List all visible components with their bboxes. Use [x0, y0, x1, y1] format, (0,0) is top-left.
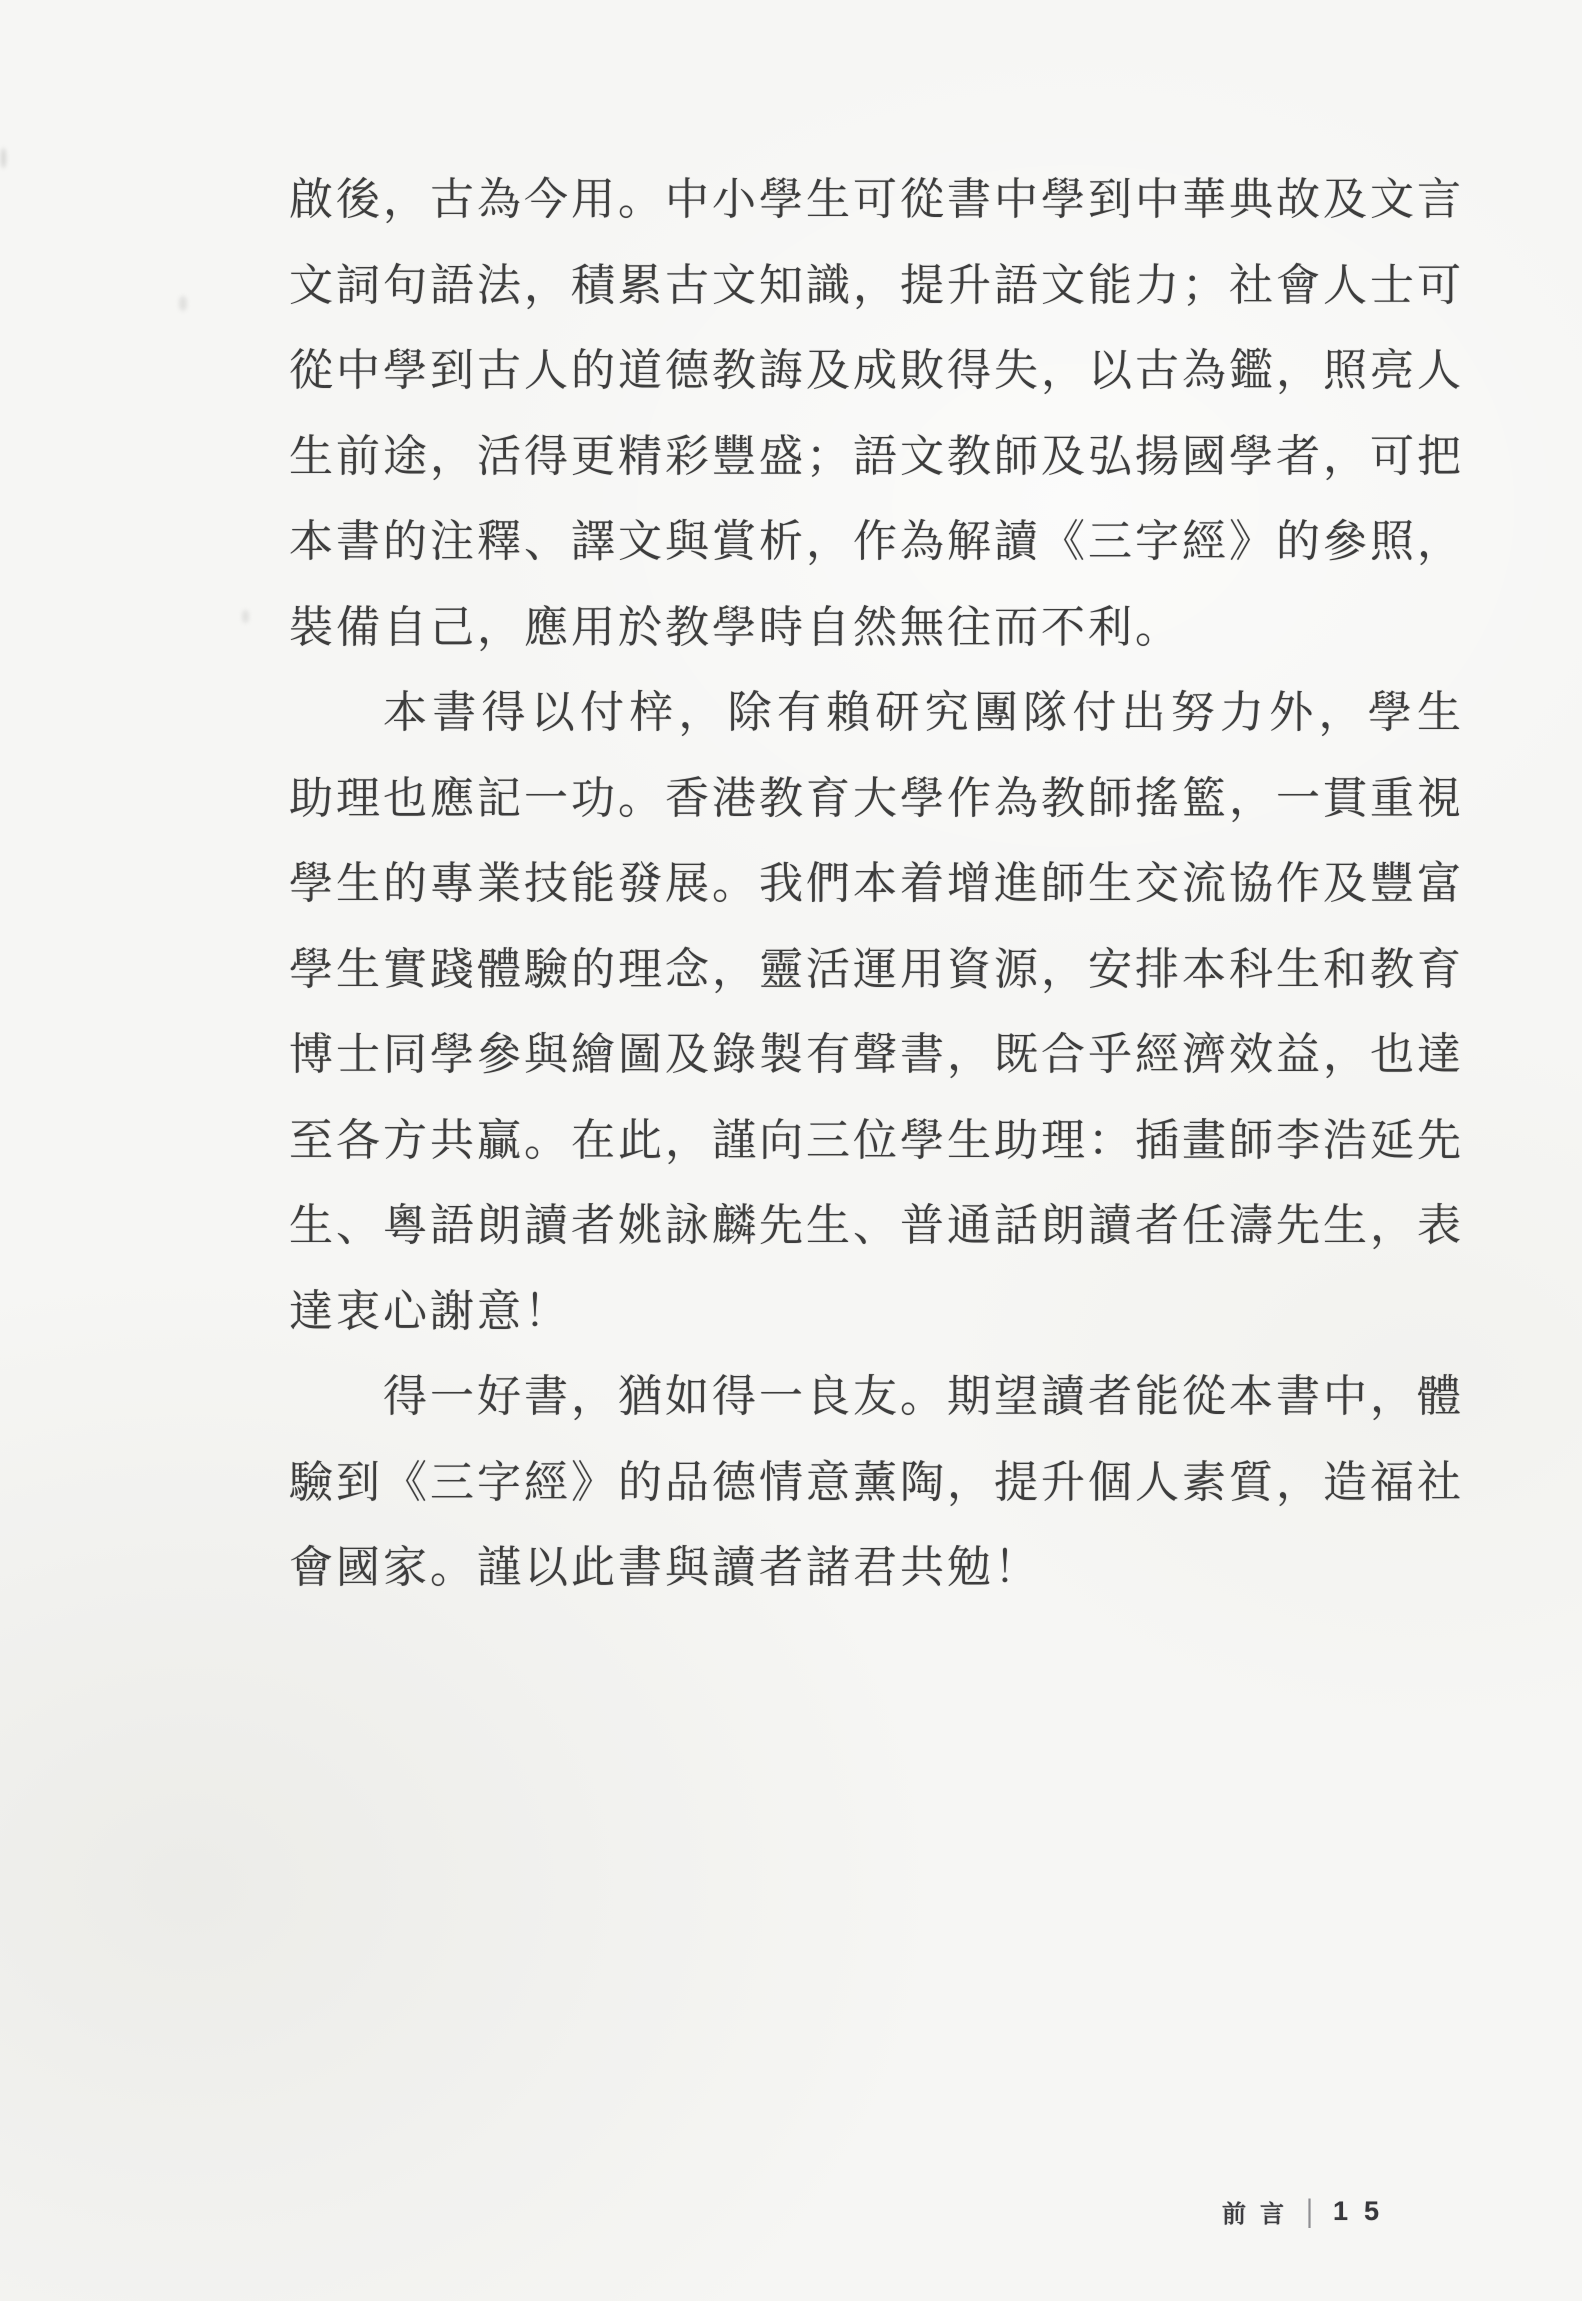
- text-line: 從中學到古人的道德教誨及成敗得失，以古為鑑，照亮人: [289, 328, 1461, 414]
- text-line: 驗到《三字經》的品德情意薰陶，提升個人素質，造福社: [289, 1440, 1461, 1526]
- footer-page-number: 15: [1333, 2196, 1395, 2227]
- text-line: 助理也應記一功。香港教育大學作為教師搖籃，一貫重視: [289, 756, 1461, 842]
- scan-artifact: [1, 148, 6, 168]
- footer-section-label: 前言: [1222, 2194, 1298, 2229]
- text-line: 啟後，古為今用。中小學生可從書中學到中華典故及文言: [289, 157, 1461, 243]
- text-line: 裝備自己，應用於教學時自然無往而不利。: [289, 585, 1461, 671]
- text-line: 得一好書，猶如得一良友。期望讀者能從本書中，體: [289, 1354, 1461, 1440]
- scan-artifact: [179, 296, 187, 311]
- text-line: 學生的專業技能發展。我們本着增進師生交流協作及豐富: [289, 841, 1461, 927]
- body-text: 啟後，古為今用。中小學生可從書中學到中華典故及文言文詞句語法，積累古文知識，提升…: [289, 157, 1461, 1611]
- footer-divider: |: [1306, 2194, 1313, 2230]
- text-line: 本書的注釋、譯文與賞析，作為解讀《三字經》的參照，: [289, 499, 1461, 585]
- text-line: 會國家。謹以此書與讀者諸君共勉！: [289, 1525, 1461, 1611]
- text-line: 生、粵語朗讀者姚詠麟先生、普通話朗讀者任濤先生，表: [289, 1183, 1461, 1269]
- text-line: 文詞句語法，積累古文知識，提升語文能力；社會人士可: [289, 243, 1461, 329]
- page-footer: 前言 | 15: [1222, 2194, 1395, 2229]
- text-line: 博士同學參與繪圖及錄製有聲書，既合乎經濟效益，也達: [289, 1012, 1461, 1098]
- text-line: 生前途，活得更精彩豐盛；語文教師及弘揚國學者，可把: [289, 414, 1461, 500]
- text-line: 至各方共贏。在此，謹向三位學生助理：插畫師李浩延先: [289, 1098, 1461, 1184]
- scan-artifact: [242, 610, 249, 623]
- text-line: 達衷心謝意！: [289, 1269, 1461, 1355]
- text-line: 本書得以付梓，除有賴研究團隊付出努力外，學生: [289, 670, 1461, 756]
- text-line: 學生實踐體驗的理念，靈活運用資源，安排本科生和教育: [289, 927, 1461, 1013]
